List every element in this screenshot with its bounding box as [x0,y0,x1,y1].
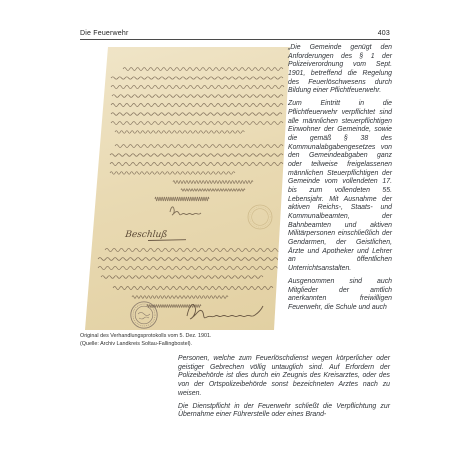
document-scan-figure: Beschluß [85,47,290,330]
page-number: 403 [378,30,390,37]
handwriting-artwork: Beschluß [85,47,290,330]
quote-paragraph-5: Die Dienstpflicht in der Feuerwehr schli… [178,403,390,420]
quote-paragraph-4: Personen, welche zum Feuerlöschdienst we… [178,355,390,398]
scan-heading-text: Beschluß [124,230,168,240]
handwriting-block-middle [110,145,283,192]
quote-column-right: „Die Gemeinde genügt den Anforderungen d… [288,44,392,317]
large-signature [187,304,263,319]
handwriting-block-decision [98,248,285,307]
figure-caption: Original des Verhandlungsprotokolls vom … [80,333,295,349]
quote-column-wide: Personen, welche zum Feuerlöschdienst we… [178,355,390,425]
running-header-title: Die Feuerwehr [80,30,129,37]
scan-heading: Beschluß [124,230,186,240]
handwriting-block-upper [111,68,284,134]
figure-caption-source: (Quelle: Archiv Landkreis Soltau-Falling… [80,341,295,349]
quote-paragraph-3: Ausgenommen sind auch Mitglieder der amt… [288,278,392,313]
figure-caption-line1: Original des Verhandlungsprotokolls vom … [80,333,295,341]
handwriting-signoff [155,197,209,215]
book-page: Die Feuerwehr 403 [0,0,452,452]
scanned-protocol-paper: Beschluß [85,47,290,330]
quote-paragraph-1: „Die Gemeinde genügt den Anforderungen d… [288,44,392,96]
running-header: Die Feuerwehr 403 [80,25,390,40]
quote-paragraph-2: Zum Eintritt in die Pflichtfeuerwehr ver… [288,100,392,273]
official-stamp-seal [131,302,157,328]
faint-stamp-seal [248,205,272,229]
